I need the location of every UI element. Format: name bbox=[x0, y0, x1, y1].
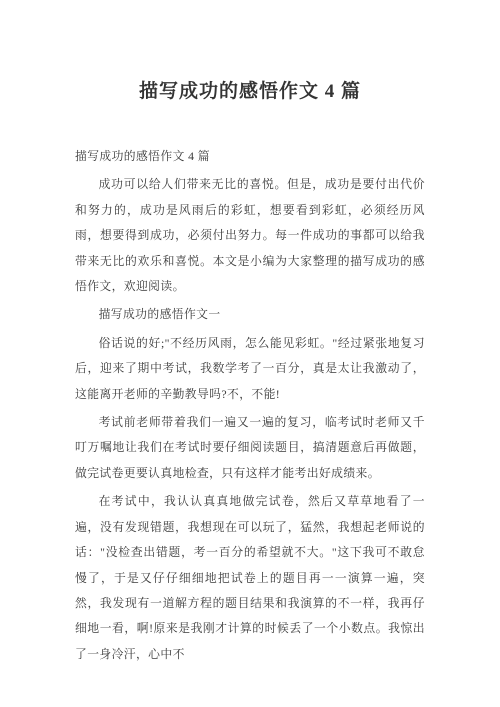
document-body: 描写成功的感悟作文 4 篇 成功可以给人们带来无比的喜悦。但是，成功是要付出代价… bbox=[75, 144, 425, 670]
paragraph-heading: 描写成功的感悟作文 4 篇 bbox=[75, 144, 425, 169]
paragraph-body-2: 考试前老师带着我们一遍又一遍的复习，临考试时老师又千叮万嘱地让我们在考试时要仔细… bbox=[75, 410, 425, 486]
document-page: 描写成功的感悟作文 4 篇 描写成功的感悟作文 4 篇 成功可以给人们带来无比的… bbox=[0, 0, 500, 707]
paragraph-intro: 成功可以给人们带来无比的喜悦。但是，成功是要付出代价和努力的，成功是风雨后的彩虹… bbox=[75, 172, 425, 299]
document-title: 描写成功的感悟作文 4 篇 bbox=[0, 76, 500, 103]
paragraph-body-3: 在考试中，我认认真真地做完试卷，然后又草草地看了一遍，没有发现错题，我想现在可以… bbox=[75, 489, 425, 667]
paragraph-section-title: 描写成功的感悟作文一 bbox=[75, 302, 425, 327]
paragraph-body-1: 俗话说的好;"不经历风雨，怎么能见彩虹。"经过紧张地复习后，迎来了期中考试，我数… bbox=[75, 331, 425, 407]
